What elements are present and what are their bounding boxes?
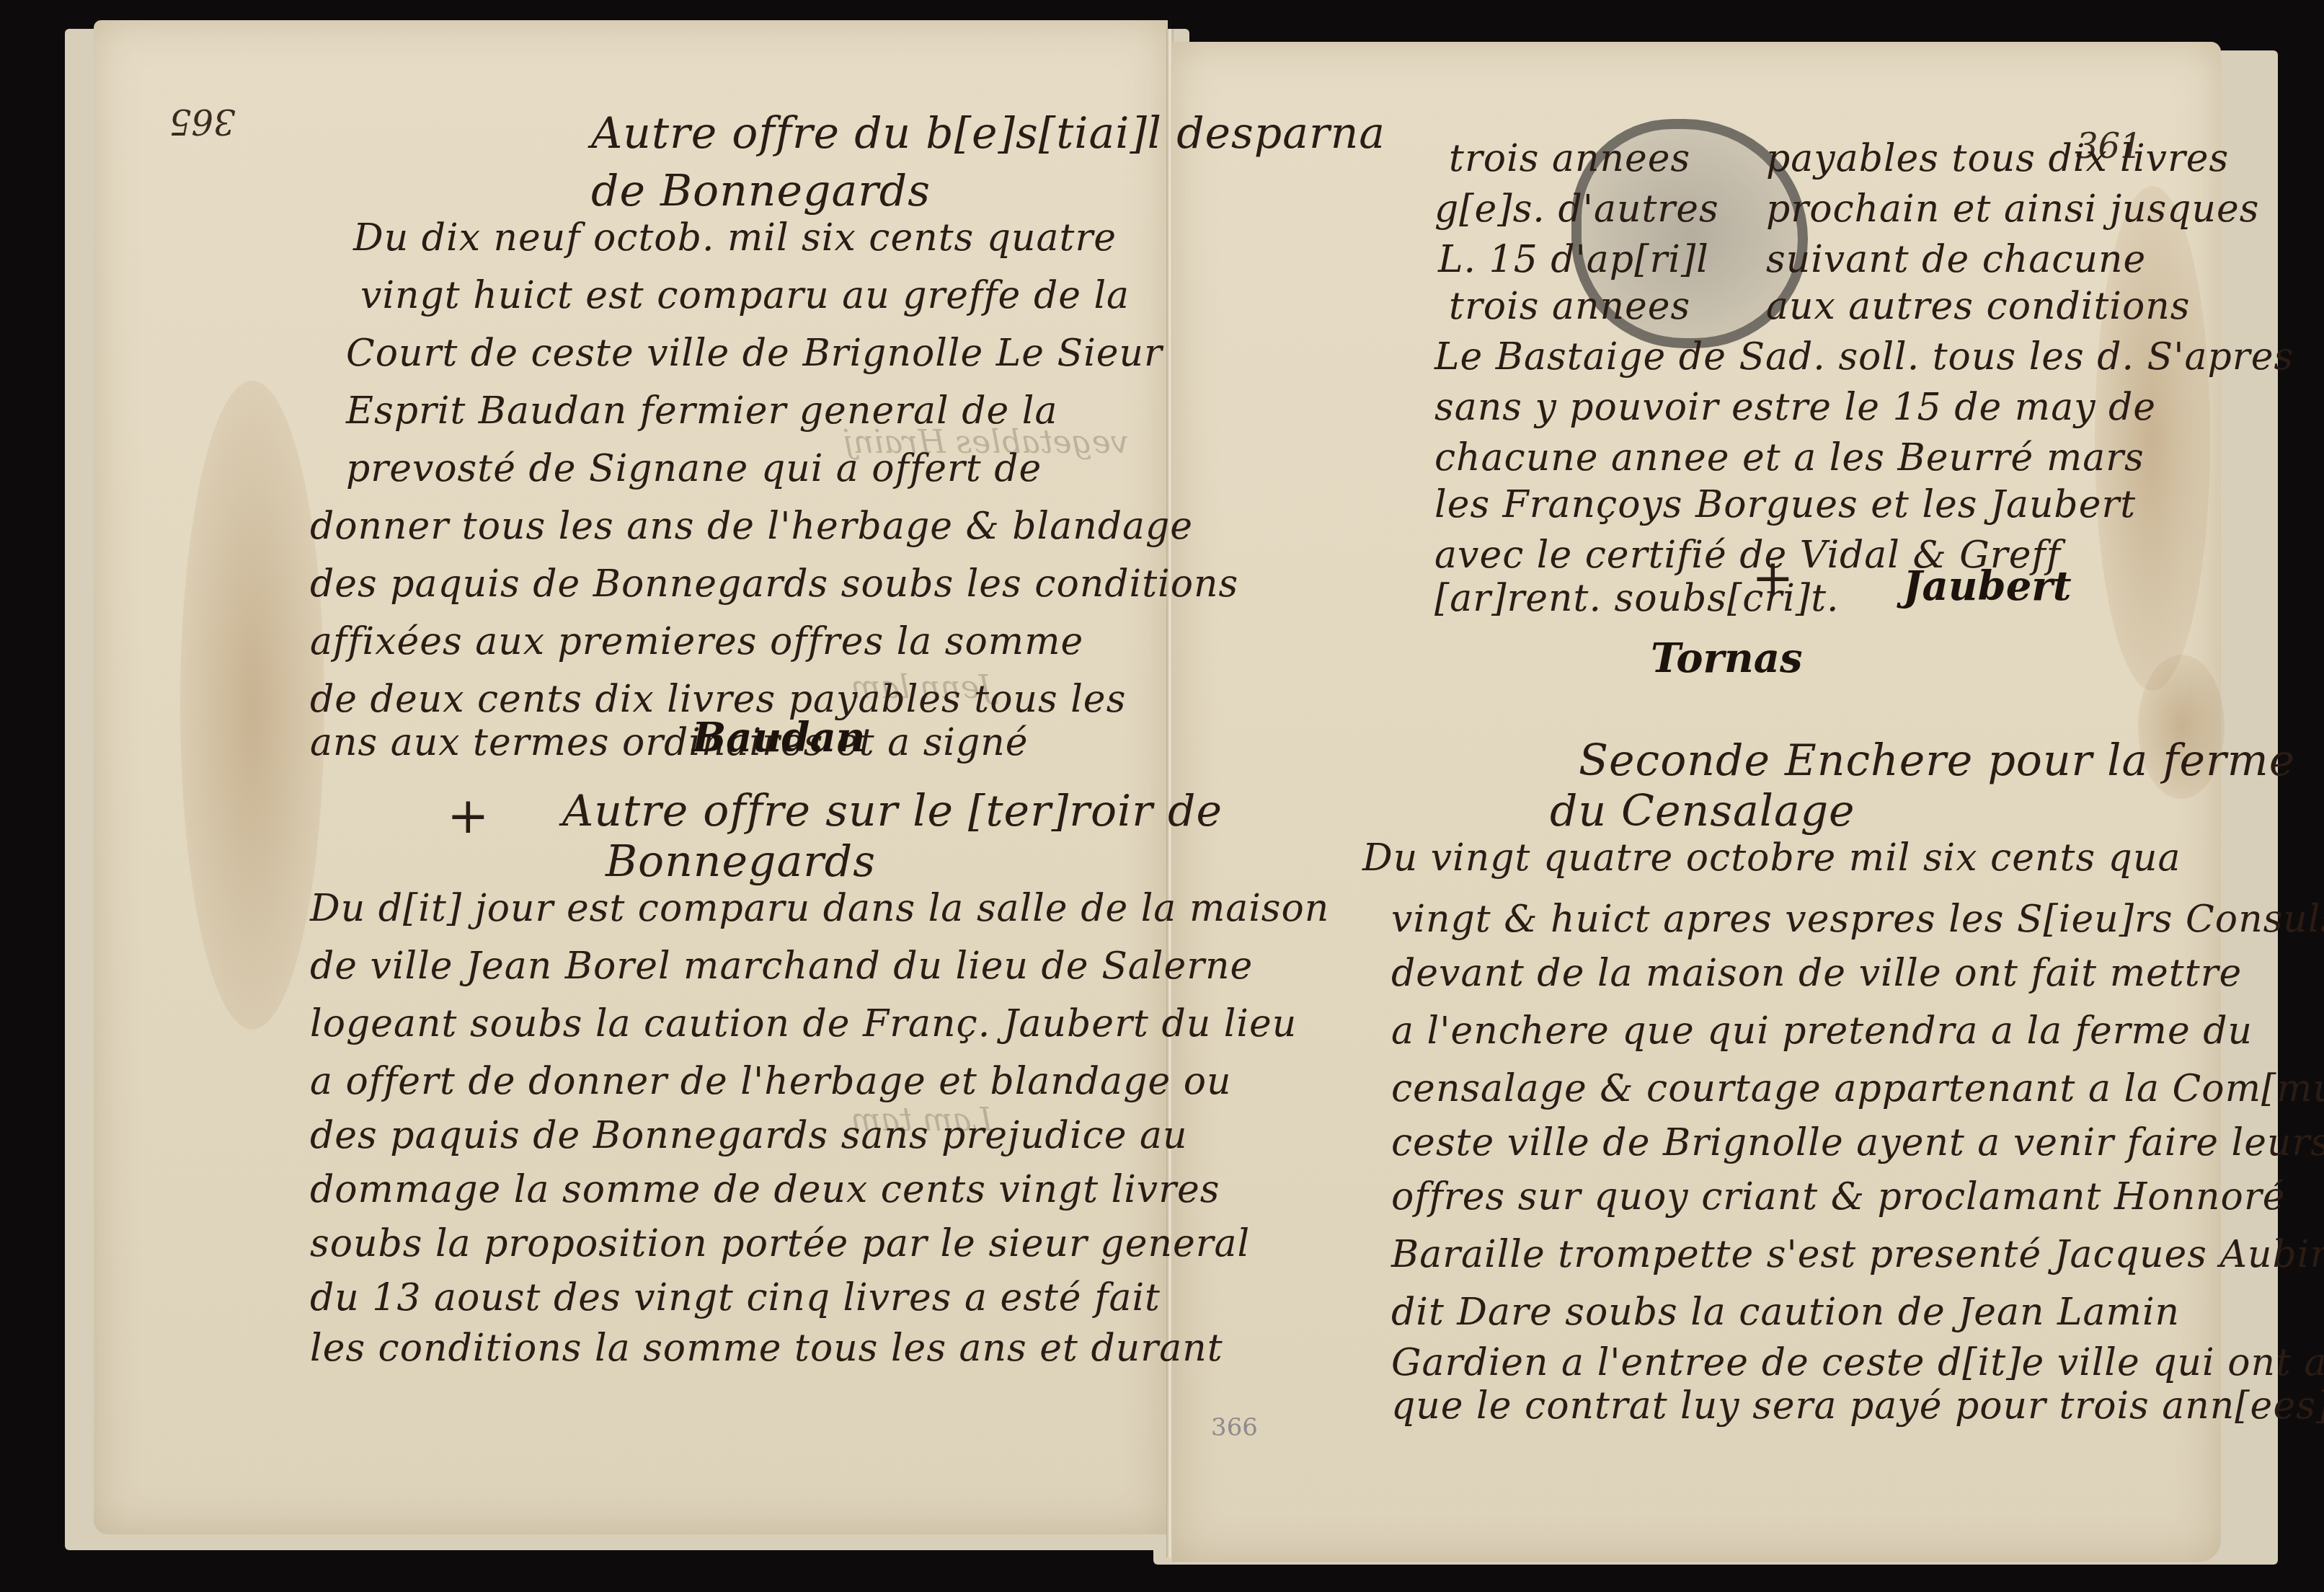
manuscript-line: du 13 aoust des vingt cinq livres a esté… — [310, 1276, 1161, 1319]
manuscript-line: les Françoys Borgues et les Jaubert — [1434, 483, 2136, 526]
manuscript-line: sans y pouvoir estre le 15 de may de — [1434, 386, 2156, 429]
manuscript-line: soubs la proposition portée par le sieur… — [310, 1222, 1250, 1265]
signature-tornas: Tornas — [1651, 634, 1803, 682]
manuscript-line: de ville Jean Borel marchand du lieu de … — [310, 945, 1253, 988]
archive-mark: 366 — [1211, 1413, 1258, 1442]
manuscript-line: prochain et ainsi jusques — [1766, 187, 2259, 231]
manuscript-line: affixées aux premieres offres la somme — [310, 620, 1083, 663]
entry-heading: Seconde Enchere pour la ferme — [1579, 735, 2295, 786]
manuscript-line: ceste ville de Brignolle ayent a venir f… — [1391, 1121, 2324, 1164]
manuscript-line: aux autres conditions — [1766, 285, 2190, 328]
manuscript-line: logeant soubs la caution de Franç. Jaube… — [310, 1002, 1297, 1045]
manuscript-line: Gardien a l'entree de ceste d[it]e ville… — [1391, 1341, 2324, 1384]
margin-cross-mark: + — [447, 786, 489, 845]
manuscript-line: Baraille trompette s'est presenté Jacque… — [1391, 1233, 2324, 1276]
signature-jaubert: Jaubert — [1903, 562, 2072, 610]
entry-heading: Autre offre du b[e]s[tiai]l desparna — [591, 108, 1385, 159]
manuscript-line: dit Dare soubs la caution de Jean Lamin — [1391, 1291, 2180, 1334]
manuscript-line: Esprit Baudan fermier general de la — [346, 389, 1057, 433]
manuscript-line: Du dix neuf octob. mil six cents quatre — [353, 216, 1117, 260]
manuscript-line: vingt & huict apres vespres les S[ieu]rs… — [1391, 898, 2324, 941]
manuscript-line: a offert de donner de l'herbage et bland… — [310, 1060, 1232, 1103]
manuscript-line: a l'enchere que qui pretendra a la ferme… — [1391, 1009, 2253, 1053]
manuscript-line: devant de la maison de ville ont fait me… — [1391, 952, 2242, 995]
entry-heading: Autre offre sur le [ter]roir de — [562, 786, 1223, 836]
manuscript-line: Du d[it] jour est comparu dans la salle … — [310, 887, 1329, 930]
left-page-number: 365 — [169, 101, 236, 141]
manuscript-line: donner tous les ans de l'herbage & bland… — [310, 505, 1193, 548]
manuscript-line: les conditions la somme tous les ans et … — [310, 1327, 1223, 1370]
manuscript-line: dommage la somme de deux cents vingt liv… — [310, 1168, 1220, 1211]
manuscript-line: prevosté de Signane qui a offert de — [346, 447, 1042, 490]
entry-heading: Bonnegards — [606, 836, 876, 887]
entry-heading: de Bonnegards — [591, 166, 931, 216]
manuscript-line: L. 15 d'ap[ri]l — [1438, 238, 1709, 281]
manuscript-line: g[e]s. d'autres — [1434, 187, 1719, 231]
manuscript-line: Le Bastaige de Sad. soll. tous les d. S'… — [1434, 335, 2294, 379]
manuscript-line: que le contrat luy sera payé pour trois … — [1391, 1384, 2324, 1428]
entry-heading: du Censalage — [1550, 786, 1855, 836]
manuscript-line: des paquis de Bonnegards soubs les condi… — [310, 562, 1238, 606]
manuscript-line: Court de ceste ville de Brignolle Le Sie… — [346, 332, 1163, 375]
manuscript-line: suivant de chacune — [1766, 238, 2146, 281]
mark-cross: + — [1752, 548, 1794, 607]
manuscript-line: ans aux termes ordinaires et a signé — [310, 721, 1029, 764]
manuscript-line: Du vingt quatre octobre mil six cents qu… — [1362, 836, 2181, 880]
signature-baudan: Baudan — [692, 714, 866, 761]
manuscript-line: des paquis de Bonnegards sans prejudice … — [310, 1114, 1187, 1157]
manuscript-line: trois annees — [1449, 137, 1690, 180]
manuscript-line: payables tous dix livres — [1766, 137, 2229, 180]
manuscript-line: offres sur quoy criant & proclamant Honn… — [1391, 1175, 2286, 1219]
manuscript-line: chacune annee et a les Beurré mars — [1434, 436, 2145, 479]
manuscript-line: censalage & courtage appartenant a la Co… — [1391, 1067, 2324, 1110]
manuscript-line: trois annees — [1449, 285, 1690, 328]
manuscript-line: vingt huict est comparu au greffe de la — [360, 274, 1130, 317]
